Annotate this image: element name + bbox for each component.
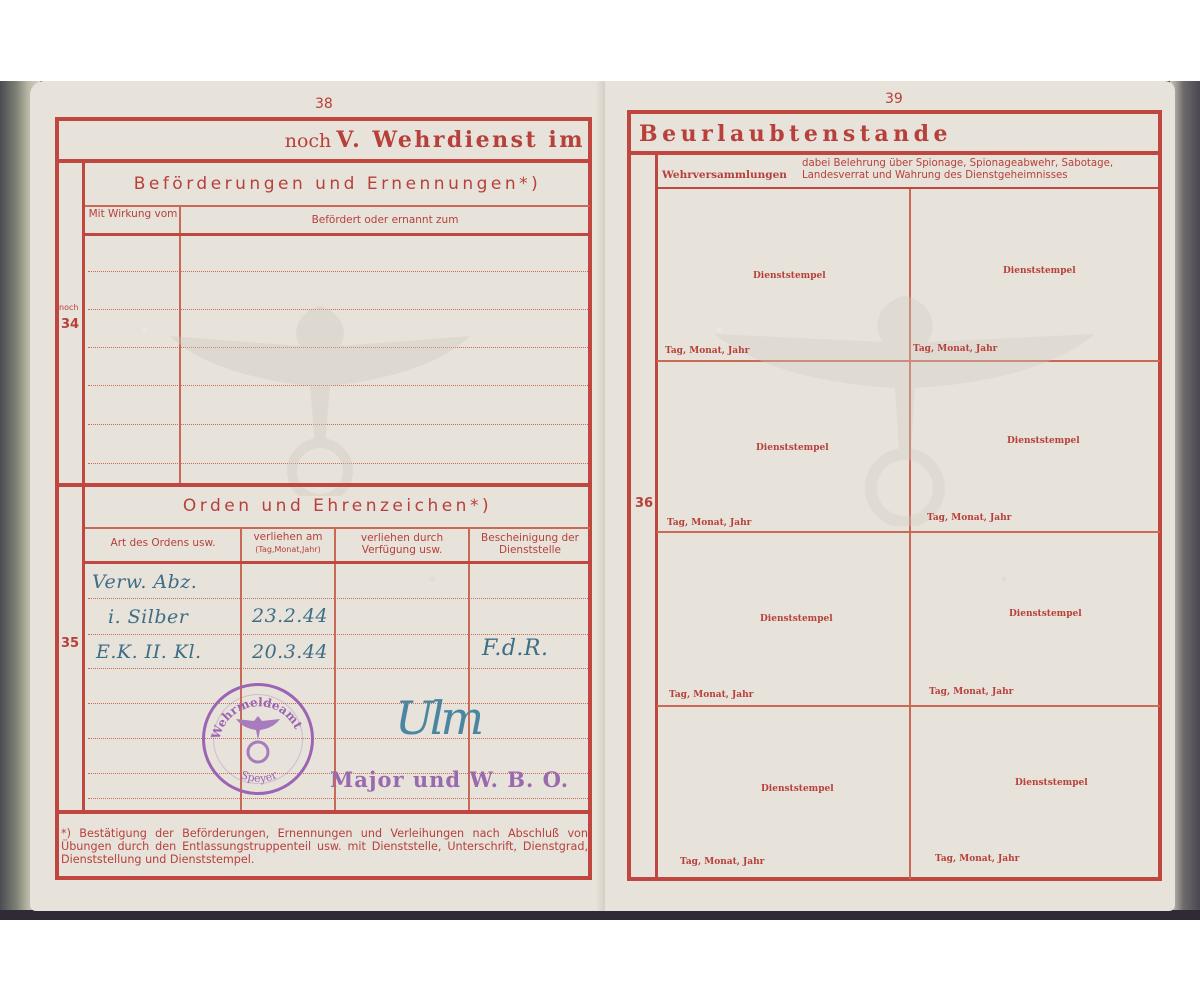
handwritten-certification: F.d.R. xyxy=(482,636,548,661)
stamp-label: Dienststempel xyxy=(761,784,834,794)
date-label: Tag, Monat, Jahr xyxy=(680,857,764,867)
col-header-certification: Bescheinigung der Dienststelle xyxy=(470,532,590,556)
date-label: Tag, Monat, Jahr xyxy=(929,687,1013,697)
date-label: Tag, Monat, Jahr xyxy=(669,690,753,700)
footnote: *) Bestätigung der Beförderungen, Ernenn… xyxy=(61,827,588,866)
svg-text:Speyer: Speyer xyxy=(239,768,280,785)
stamp-label: Dienststempel xyxy=(1007,436,1080,446)
page-number: 38 xyxy=(315,96,333,112)
assemblies-description-line1: dabei Belehrung über Spionage, Spionagea… xyxy=(802,158,1113,170)
entry-line xyxy=(88,798,588,799)
stamp-label: Dienststempel xyxy=(756,443,829,453)
header-title: Beurlaubtenstande xyxy=(639,121,952,147)
col-header-awarded-by: verliehen durch Verfügung usw. xyxy=(336,532,468,556)
promotions-title: Beförderungen und Ernennungen*) xyxy=(85,174,590,194)
signature: Ulm xyxy=(395,691,480,745)
col-header-promoted-to: Befördert oder ernannt zum xyxy=(180,214,590,226)
divider xyxy=(85,527,590,529)
col-header-award-type: Art des Ordens usw. xyxy=(88,537,238,549)
section-divider xyxy=(55,483,592,487)
stamp-label: Dienststempel xyxy=(1009,609,1082,619)
divider xyxy=(85,233,590,236)
row-number: 34 xyxy=(61,317,79,332)
book-bottom-edge xyxy=(0,910,1200,920)
handwritten-award-1-line2: i. Silber xyxy=(108,606,188,628)
page-number: 39 xyxy=(885,91,903,107)
assemblies-description: dabei Belehrung über Spionage, Spionagea… xyxy=(802,158,1113,182)
stamp-label: Dienststempel xyxy=(1015,778,1088,788)
row-divider xyxy=(657,531,1160,533)
decorations-title: Orden und Ehrenzeichen*) xyxy=(85,496,590,516)
date-label: Tag, Monat, Jahr xyxy=(927,513,1011,523)
stamp-bottom-text: Speyer xyxy=(239,768,280,785)
left-page: 38 noch V. Wehrdienst im Beförderungen u… xyxy=(30,81,605,911)
header-prefix: noch xyxy=(285,130,332,152)
stamp-label: Dienststempel xyxy=(1003,266,1076,276)
col-header-awarded-on: verliehen am xyxy=(242,531,334,543)
stamp-label: Dienststempel xyxy=(753,271,826,281)
page-header: noch V. Wehrdienst im xyxy=(250,127,585,157)
date-label: Tag, Monat, Jahr xyxy=(913,344,997,354)
eagle-watermark-icon xyxy=(695,276,1115,526)
eagle-watermark-icon xyxy=(140,286,500,496)
entry-line xyxy=(88,668,588,669)
entry-line xyxy=(88,598,588,599)
official-stamp: Wehrmeldeamt Speyer xyxy=(202,683,314,795)
handwritten-date-2: 20.3.44 xyxy=(252,641,328,663)
handwritten-date-1: 23.2.44 xyxy=(252,605,328,627)
row-divider xyxy=(657,705,1160,707)
entry-line xyxy=(88,703,588,704)
eagle-emblem-icon xyxy=(236,716,280,762)
stamp-text-arc: Wehrmeldeamt Speyer xyxy=(205,686,311,792)
assemblies-description-line2: Landesverrat und Wahrung des Dienstgehei… xyxy=(802,170,1113,182)
row-number: 36 xyxy=(635,496,653,511)
row-prefix: noch xyxy=(59,303,78,312)
right-page: 39 Beurlaubtenstande Wehrversammlungen d… xyxy=(605,81,1175,911)
entry-line xyxy=(88,634,588,635)
entry-line xyxy=(88,738,588,739)
row-number-column-divider xyxy=(655,153,658,878)
stamp-label: Dienststempel xyxy=(760,614,833,624)
handwritten-award-1: Verw. Abz. xyxy=(92,571,197,593)
date-label: Tag, Monat, Jahr xyxy=(667,518,751,528)
divider xyxy=(85,561,590,564)
assemblies-label: Wehrversammlungen xyxy=(662,169,787,181)
date-label: Tag, Monat, Jahr xyxy=(665,346,749,356)
divider xyxy=(85,205,590,207)
row-number: 35 xyxy=(61,636,79,651)
col-header-effective-date: Mit Wirkung vom xyxy=(88,208,178,220)
entry-line xyxy=(88,271,588,272)
divider xyxy=(627,151,1162,155)
col-header-awarded-on-sub: (Tag,Monat,Jahr) xyxy=(242,544,334,556)
signature-title: Major und W. B. O. xyxy=(330,767,569,792)
open-booklet: 38 noch V. Wehrdienst im Beförderungen u… xyxy=(0,81,1200,920)
section-divider xyxy=(55,810,592,814)
date-label: Tag, Monat, Jahr xyxy=(935,854,1019,864)
divider xyxy=(55,159,592,163)
header-title: V. Wehrdienst im xyxy=(336,127,585,153)
handwritten-award-2: E.K. II. Kl. xyxy=(96,641,202,663)
